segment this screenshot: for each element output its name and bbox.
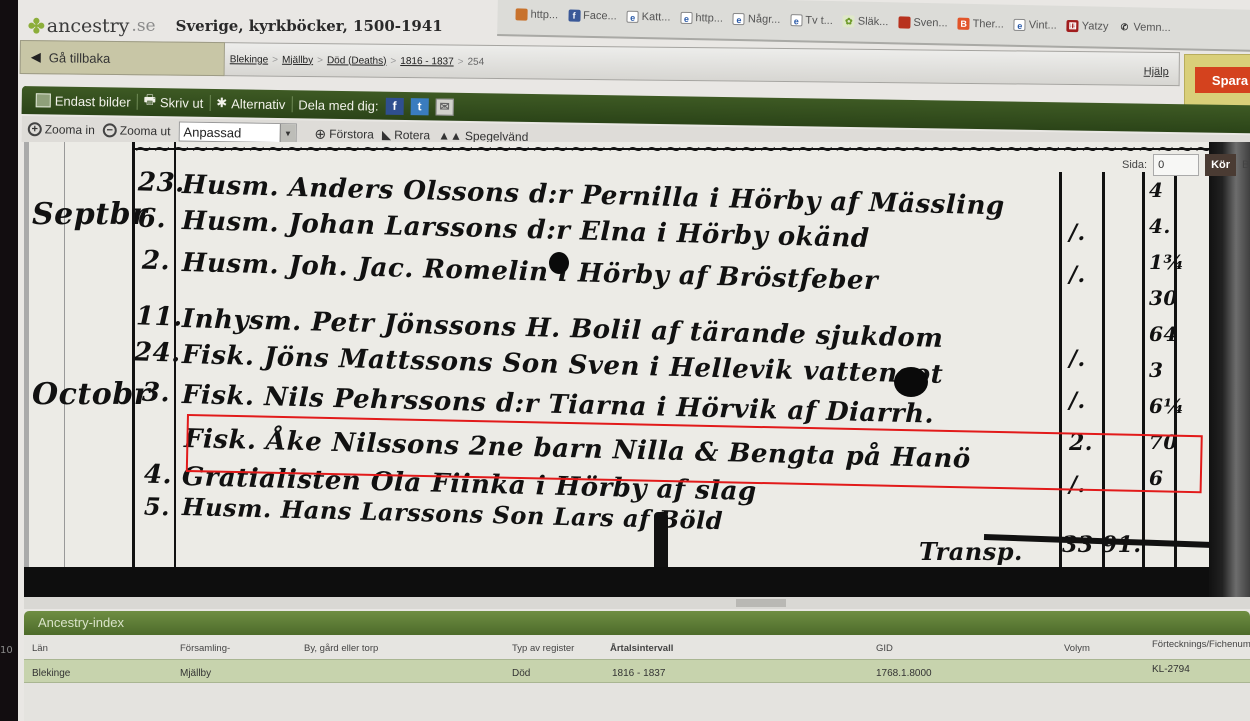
- ruling-line: [1059, 172, 1062, 572]
- ancestry-leaf-icon: ✤: [28, 14, 45, 38]
- transport-total: 33 91.: [1062, 532, 1142, 558]
- bookmarks-bar: http... fFace... eKatt... ehttp... eNågr…: [497, 0, 1250, 52]
- save-button[interactable]: Spara: [1195, 67, 1250, 93]
- bookmark-2[interactable]: eKatt...: [627, 11, 671, 24]
- record-day: 3.: [142, 378, 171, 409]
- manuscript-image: Septbr Octobr ~~~~~~~~~~~~~~~~~~~~~~~~~~…: [24, 142, 1250, 597]
- blogger-icon: B: [958, 18, 970, 30]
- facebook-icon: f: [568, 9, 580, 21]
- ruling-line: [1142, 172, 1145, 572]
- bookmark-11[interactable]: ✆Vemn...: [1118, 21, 1171, 34]
- record-day: 23.: [138, 167, 186, 198]
- bookmark-4[interactable]: eNågr...: [733, 13, 781, 26]
- back-button[interactable]: ◀ Gå tillbaka: [20, 40, 225, 76]
- breadcrumb-parish[interactable]: Mjällby: [282, 54, 313, 65]
- page-navigator: Sida: 0 Kör B: [1122, 154, 1249, 176]
- record-entry: Husm. Joh. Jac. Romelin i Hörby af Bröst…: [182, 248, 879, 296]
- share-group: Dela med dig: f t ✉: [292, 96, 459, 116]
- col-forsamling: Församling-: [180, 643, 230, 654]
- magnifier-icon: ⊕: [314, 125, 326, 142]
- page-label: Sida:: [1122, 159, 1147, 171]
- nav-row: ◀ Gå tillbaka Blekinge> Mjällby> Död (De…: [20, 40, 1180, 86]
- mirror-icon: ▲▲: [438, 129, 462, 143]
- record-entry: Fisk. Nils Pehrssons d:r Tiarna i Hörvik…: [182, 380, 935, 430]
- browser-screen: http... fFace... eKatt... ehttp... eNågr…: [18, 0, 1250, 721]
- site-header: ✤ ancestry.se Sverige, kyrkböcker, 1500-…: [28, 8, 528, 44]
- viewer-splitter[interactable]: [24, 597, 1250, 609]
- image-viewer[interactable]: Septbr Octobr ~~~~~~~~~~~~~~~~~~~~~~~~~~…: [24, 142, 1250, 597]
- monitor-bezel: 10: [0, 0, 18, 721]
- ie-icon: e: [733, 13, 745, 25]
- twitter-share-icon[interactable]: t: [410, 98, 428, 115]
- breadcrumb-page: 254: [467, 56, 484, 67]
- page-input[interactable]: 0: [1153, 154, 1199, 176]
- bookmark-6[interactable]: ✿Släk...: [843, 15, 889, 28]
- options-button[interactable]: ✱ Alternativ: [210, 95, 291, 112]
- bookmark-3[interactable]: ehttp...: [680, 12, 723, 25]
- dice-icon: ⚅: [1067, 20, 1079, 32]
- bookmark-5[interactable]: eTv t...: [790, 14, 833, 27]
- transport-label: Transp.: [919, 537, 1023, 566]
- zoom-in-button[interactable]: + Zooma in: [28, 122, 95, 137]
- print-button[interactable]: 🖶 Skriv ut: [137, 91, 209, 114]
- breadcrumb-county[interactable]: Blekinge: [230, 54, 268, 65]
- ancestry-index-panel: Ancestry-index Län Församling- By, gård …: [24, 611, 1250, 721]
- zoom-out-button[interactable]: − Zooma ut: [103, 123, 171, 138]
- record-day: 6.: [138, 204, 167, 235]
- record-day: 5.: [144, 492, 171, 522]
- ie-icon: e: [790, 14, 802, 26]
- ancestry-logo[interactable]: ✤ ancestry.se: [28, 14, 156, 38]
- rotate-icon: ◣: [382, 128, 391, 142]
- bookmark-9[interactable]: eVint...: [1014, 19, 1057, 32]
- facebook-share-icon[interactable]: f: [385, 97, 403, 114]
- fullscreen-icon: [36, 93, 51, 107]
- bookmark-1[interactable]: fFace...: [568, 9, 617, 22]
- breadcrumb-register[interactable]: Död (Deaths): [327, 55, 387, 67]
- record-day: 24.: [134, 337, 182, 368]
- breadcrumb-years[interactable]: 1816 - 1837: [400, 55, 454, 67]
- bookmark-7[interactable]: Sven...: [898, 16, 947, 29]
- gear-icon: ✱: [216, 95, 227, 111]
- printer-icon: 🖶: [143, 91, 156, 113]
- splitter-handle[interactable]: [736, 599, 786, 607]
- chevron-down-icon[interactable]: ▼: [279, 124, 295, 142]
- col-volym: Volym: [1064, 643, 1090, 654]
- bookmark-8[interactable]: BTher...: [958, 18, 1004, 31]
- go-button[interactable]: Kör: [1205, 154, 1236, 176]
- index-title[interactable]: Ancestry-index: [24, 611, 1250, 635]
- ancestry-leaf-icon: ✿: [843, 15, 855, 27]
- col-lan: Län: [32, 643, 48, 654]
- col-typ: Typ av register: [512, 643, 574, 654]
- red-app-icon: [898, 16, 910, 28]
- arrow-left-icon: ◀: [31, 49, 41, 65]
- record-day: 2.: [142, 246, 171, 277]
- email-share-icon[interactable]: ✉: [435, 98, 453, 115]
- help-link[interactable]: Hjälp: [1144, 66, 1169, 78]
- index-row[interactable]: Blekinge Mjällby Död 1816 - 1837 1768.1.…: [24, 659, 1250, 683]
- record-day: 11.: [136, 301, 184, 332]
- phone-icon: ✆: [1118, 21, 1130, 33]
- ie-icon: e: [627, 11, 639, 23]
- bookmark-10[interactable]: ⚅Yatzy: [1067, 20, 1109, 33]
- minus-circle-icon: −: [103, 123, 117, 137]
- images-only-button[interactable]: Endast bilder: [30, 93, 137, 110]
- magnify-button[interactable]: ⊕ Förstora: [314, 125, 374, 143]
- month-label: Septbr: [32, 197, 147, 232]
- zoom-level-select[interactable]: Anpassad ▼: [178, 121, 296, 143]
- ie-icon: e: [680, 12, 692, 24]
- plus-circle-icon: +: [28, 122, 42, 136]
- col-by: By, gård eller torp: [304, 643, 378, 654]
- col-gid: GID: [876, 643, 893, 654]
- breadcrumb: Blekinge> Mjällby> Död (Deaths)> 1816 - …: [225, 42, 1180, 86]
- ruling-line: [1102, 172, 1105, 572]
- month-label: Octobr: [32, 377, 150, 412]
- index-header-row: Län Församling- By, gård eller torp Typ …: [24, 635, 1250, 659]
- rotate-button[interactable]: ◣ Rotera: [382, 128, 430, 143]
- bezel-number: 10: [0, 645, 13, 656]
- next-partial: B: [1242, 159, 1249, 171]
- col-forteckning: Förtecknings/Fichenumm: [1152, 639, 1250, 650]
- col-artal: Årtalsintervall: [610, 643, 673, 654]
- record-day: 4.: [144, 460, 173, 491]
- ie-icon: e: [1014, 19, 1026, 31]
- collection-title: Sverige, kyrkböcker, 1500-1941: [176, 17, 443, 35]
